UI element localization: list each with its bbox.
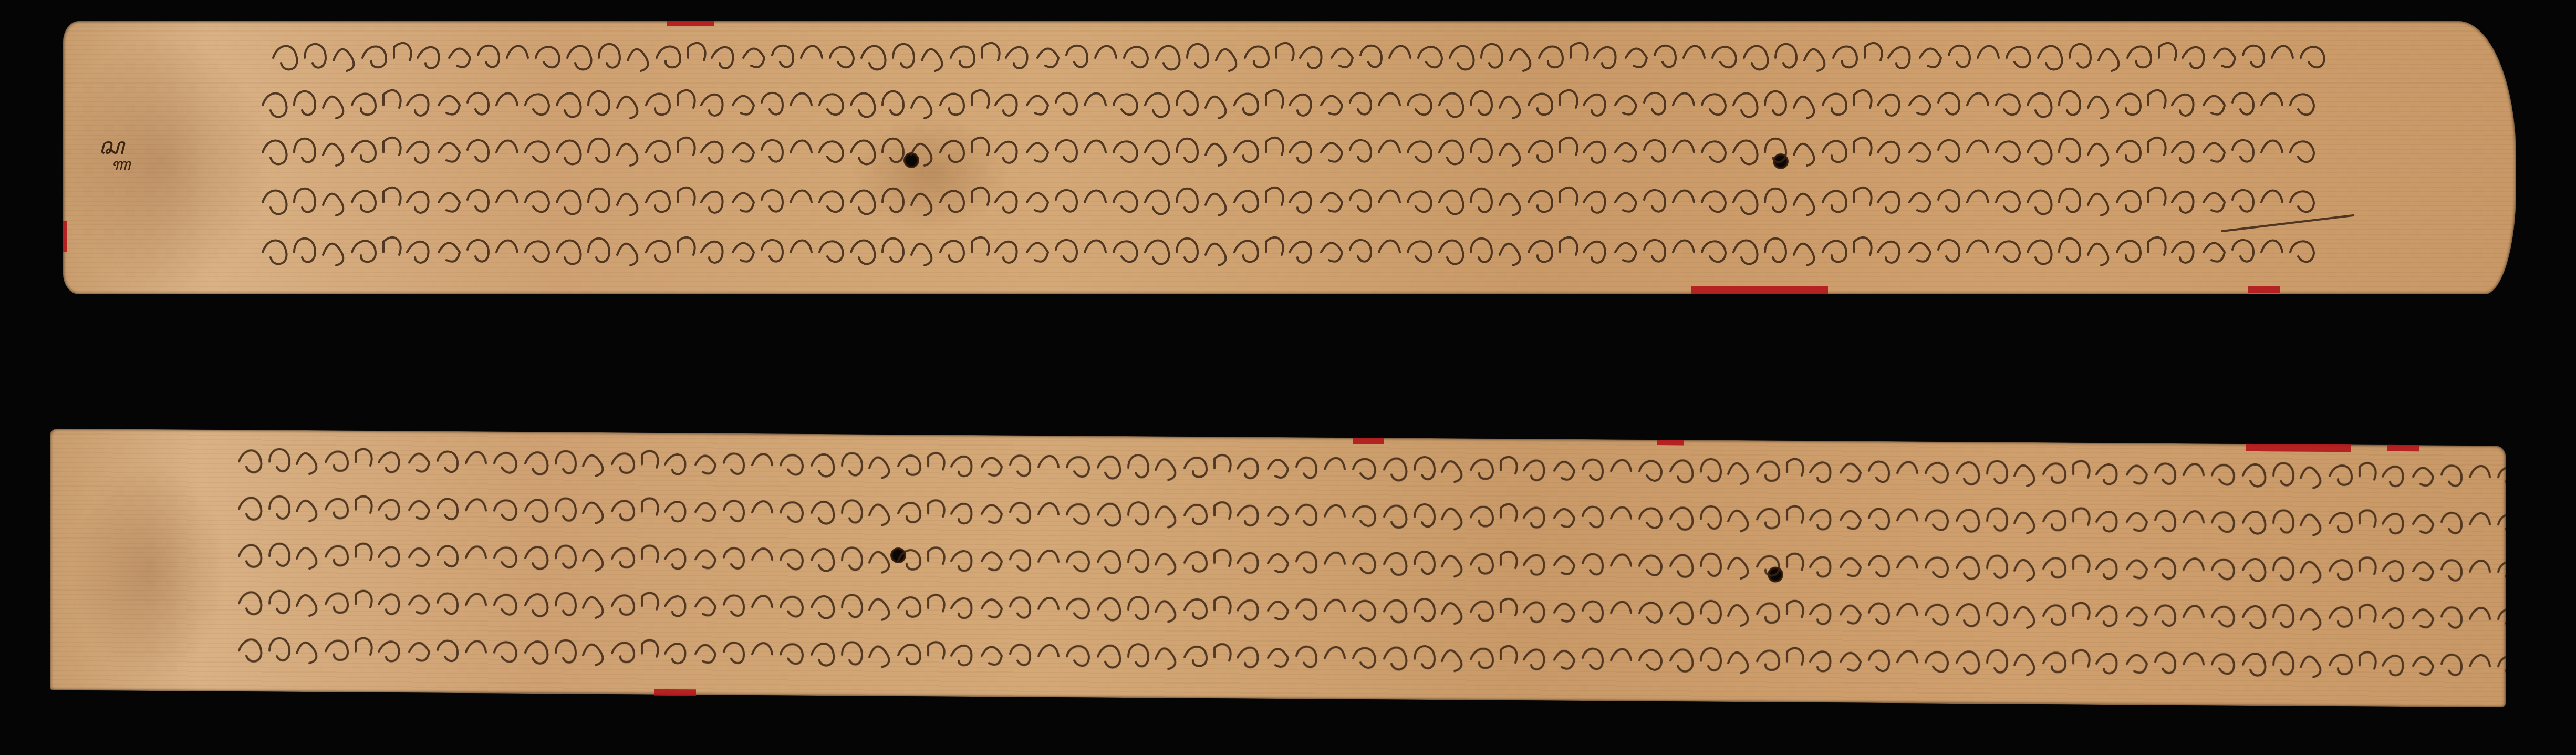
script-lines xyxy=(63,21,2516,294)
script-lines xyxy=(50,429,2506,708)
manuscript-leaf-top: ꦱ ꦟ xyxy=(63,21,2516,294)
manuscript-leaf-bottom xyxy=(50,429,2506,708)
